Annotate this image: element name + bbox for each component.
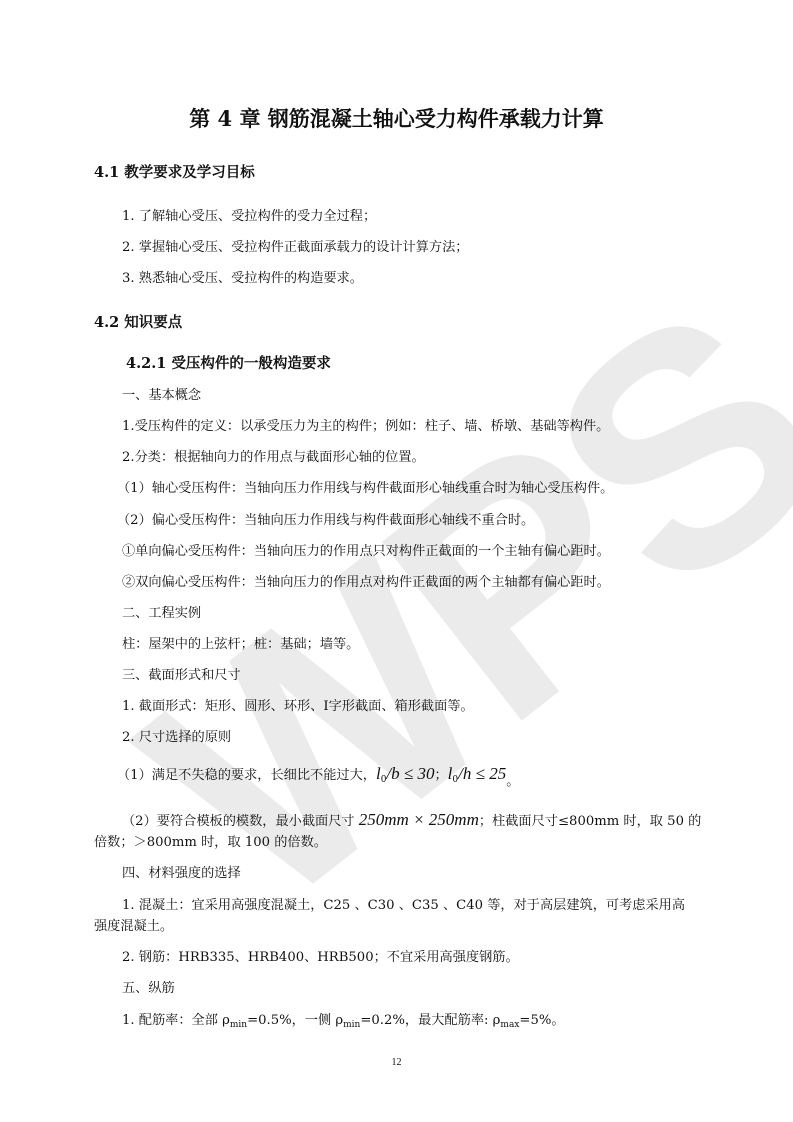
- text: =0.2%，最大配筋率: ρ: [360, 1013, 500, 1028]
- modulus-requirement: （2）要符合模板的模数，最小截面尺寸 250mm × 250mm；柱截面尺寸≤8…: [122, 810, 701, 830]
- text: =0.5%，一侧 ρ: [247, 1013, 343, 1028]
- text: （1）满足不失稳的要求，长细比不能过大，: [117, 768, 376, 783]
- text: 。: [506, 774, 519, 789]
- subheading-basic-concepts: 一、基本概念: [122, 384, 201, 403]
- paragraph: （2）偏心受压构件：当轴向压力作用线与构件截面形心轴线不重合时。: [117, 509, 534, 528]
- paragraph: 2. 尺寸选择的原则: [122, 726, 231, 745]
- math-sub: max: [500, 1020, 519, 1030]
- math-sub: min: [343, 1020, 360, 1030]
- text: ；: [434, 768, 447, 783]
- paragraph: 1. 混凝土：宜采用高强度混凝土，C25 、C30 、C35 、C40 等，对于…: [122, 894, 685, 913]
- math-dimension: 250mm × 250mm: [359, 810, 479, 829]
- objective-item: 3. 熟悉轴心受压、受拉构件的构造要求。: [122, 267, 363, 286]
- paragraph: （1）轴心受压构件：当轴向压力作用线与构件截面形心轴线重合时为轴心受压构件。: [117, 477, 613, 496]
- paragraph: ②双向偏心受压构件：当轴向压力的作用点对构件正截面的两个主轴都有偏心距时。: [122, 571, 610, 590]
- section-4-2-1-heading: 4.2.1 受压构件的一般构造要求: [126, 352, 331, 373]
- slenderness-requirement: （1）满足不失稳的要求，长细比不能过大，l0/b ≤ 30；l0/h ≤ 25。: [117, 764, 519, 785]
- objective-item: 1. 了解轴心受压、受拉构件的受力全过程；: [122, 205, 376, 224]
- math-b-cond: /b ≤ 30: [386, 764, 434, 783]
- text: 1. 配筋率：全部 ρ: [122, 1013, 230, 1028]
- reinforcement-ratio: 1. 配筋率：全部 ρmin=0.5%，一侧 ρmin=0.2%，最大配筋率: …: [122, 1009, 565, 1030]
- paragraph: 2.分类：根据轴向力的作用点与截面形心轴的位置。: [122, 446, 425, 465]
- subheading-materials: 四、材料强度的选择: [122, 862, 241, 881]
- subheading-longitudinal: 五、纵筋: [122, 977, 175, 996]
- paragraph: 2. 钢筋：HRB335、HRB400、HRB500；不宜采用高强度钢筋。: [122, 946, 519, 965]
- paragraph: 倍数；＞800mm 时，取 100 的倍数。: [94, 831, 327, 850]
- subheading-section-form: 三、截面形式和尺寸: [122, 664, 241, 683]
- paragraph: 强度混凝土。: [94, 915, 173, 934]
- paragraph: ①单向偏心受压构件：当轴向压力的作用点只对构件正截面的一个主轴有偏心距时。: [122, 540, 610, 559]
- subheading-engineering-examples: 二、工程实例: [122, 602, 201, 621]
- section-4-2-heading: 4.2 知识要点: [94, 311, 182, 332]
- text: （2）要符合模板的模数，最小截面尺寸: [122, 814, 359, 829]
- math-sub: min: [230, 1020, 247, 1030]
- math-h-cond: /h ≤ 25: [458, 764, 506, 783]
- paragraph: 柱：屋架中的上弦杆；桩：基础；墙等。: [122, 633, 359, 652]
- paragraph: 1. 截面形式：矩形、圆形、环形、Ⅰ字形截面、箱形截面等。: [122, 695, 474, 714]
- text: =5%。: [519, 1013, 564, 1028]
- chapter-title: 第 4 章 钢筋混凝土轴心受力构件承载力计算: [0, 103, 793, 133]
- paragraph: 1.受压构件的定义：以承受压力为主的构件；例如：柱子、墙、桥墩、基础等构件。: [122, 415, 609, 434]
- page-number: 12: [0, 1057, 793, 1068]
- objective-item: 2. 掌握轴心受压、受拉构件正截面承载力的设计计算方法；: [122, 236, 468, 255]
- section-4-1-heading: 4.1 教学要求及学习目标: [94, 161, 255, 182]
- text: ；柱截面尺寸≤800mm 时，取 50 的: [479, 814, 701, 829]
